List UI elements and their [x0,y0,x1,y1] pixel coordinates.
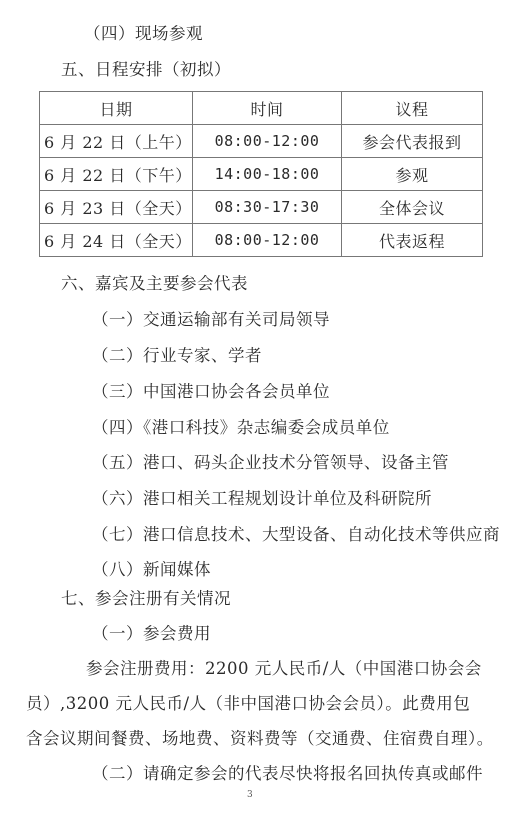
paragraph-line: 参会注册费用：2200 元人民币/人（中国港口协会会 [86,655,482,679]
cell-agenda: 全体会议 [342,191,483,224]
header-date: 日期 [40,92,193,125]
subsection-fees: （一）参会费用 [92,620,211,644]
paragraph-line: 员）,3200 元人民币/人（非中国港口协会会员）。此费用包 [26,690,470,714]
list-item: （三）中国港口协会各会员单位 [92,378,330,402]
schedule-table: 日期 时间 议程 6 月 22 日（上午） 08:00-12:00 参会代表报到… [39,91,483,257]
table-header-row: 日期 时间 议程 [40,92,483,125]
section-heading-registration: 七、参会注册有关情况 [61,585,231,609]
table-row: 6 月 22 日（下午） 14:00-18:00 参观 [40,158,483,191]
header-time: 时间 [193,92,342,125]
cell-date: 6 月 23 日（全天） [40,191,193,224]
list-item: （六）港口相关工程规划设计单位及科研院所 [92,485,432,509]
table-row: 6 月 24 日（全天） 08:00-12:00 代表返程 [40,224,483,257]
section-heading-schedule: 五、日程安排（初拟） [61,56,231,80]
subsection-registration-instructions: （二）请确定参会的代表尽快将报名回执传真或邮件 [92,760,483,784]
list-item: （四）《港口科技》杂志编委会成员单位 [92,414,390,438]
cell-time: 08:30-17:30 [193,191,342,224]
cell-time: 08:00-12:00 [193,125,342,158]
list-item: （八）新闻媒体 [92,556,211,580]
table-row: 6 月 23 日（全天） 08:30-17:30 全体会议 [40,191,483,224]
list-item: （七）港口信息技术、大型设备、自动化技术等供应商 [92,521,500,545]
cell-date: 6 月 24 日（全天） [40,224,193,257]
cell-agenda: 参会代表报到 [342,125,483,158]
cell-date: 6 月 22 日（上午） [40,125,193,158]
subsection-site-visit: （四）现场参观 [84,20,203,44]
cell-agenda: 代表返程 [342,224,483,257]
cell-agenda: 参观 [342,158,483,191]
section-heading-guests: 六、嘉宾及主要参会代表 [61,270,248,294]
list-item: （二）行业专家、学者 [92,342,262,366]
list-item: （五）港口、码头企业技术分管领导、设备主管 [92,449,449,473]
cell-time: 08:00-12:00 [193,224,342,257]
table-row: 6 月 22 日（上午） 08:00-12:00 参会代表报到 [40,125,483,158]
cell-date: 6 月 22 日（下午） [40,158,193,191]
cell-time: 14:00-18:00 [193,158,342,191]
page-number: 3 [247,790,253,800]
header-agenda: 议程 [342,92,483,125]
list-item: （一）交通运输部有关司局领导 [92,306,330,330]
paragraph-line: 含会议期间餐费、场地费、资料费等（交通费、住宿费自理）。 [26,725,494,749]
